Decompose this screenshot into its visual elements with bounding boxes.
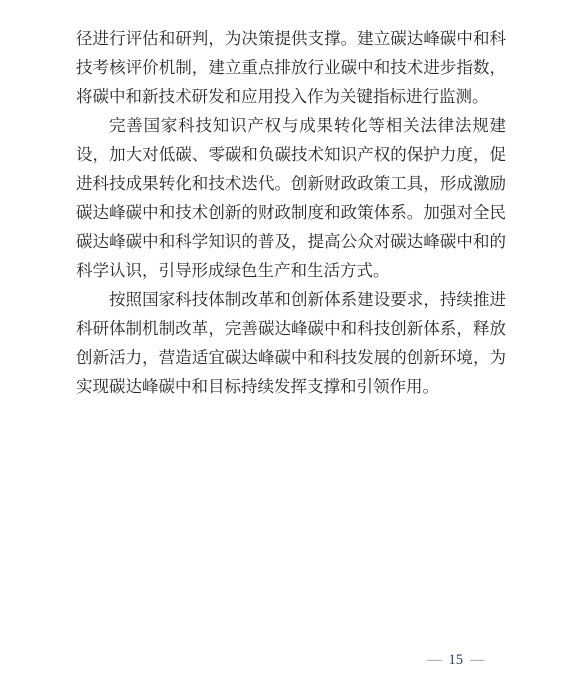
paragraph-continuation: 径进行评估和研判，为决策提供支撑。建立碳达峰碳中和科技考核评价机制，建立重点排放…	[76, 24, 506, 111]
document-page: 径进行评估和研判，为决策提供支撑。建立碳达峰碳中和科技考核评价机制，建立重点排放…	[0, 0, 573, 692]
page-number-footer: —15—	[427, 652, 483, 669]
document-body-text: 径进行评估和研判，为决策提供支撑。建立碳达峰碳中和科技考核评价机制，建立重点排放…	[76, 24, 506, 401]
paragraph: 完善国家科技知识产权与成果转化等相关法律法规建设，加大对低碳、零碳和负碳技术知识…	[76, 111, 506, 285]
page-number: 15	[442, 652, 471, 668]
paragraph: 按照国家科技体制改革和创新体系建设要求，持续推进科研体制机制改革，完善碳达峰碳中…	[76, 285, 506, 401]
page-number-right-dash: —	[470, 652, 485, 668]
page-number-left-dash: —	[427, 652, 442, 668]
